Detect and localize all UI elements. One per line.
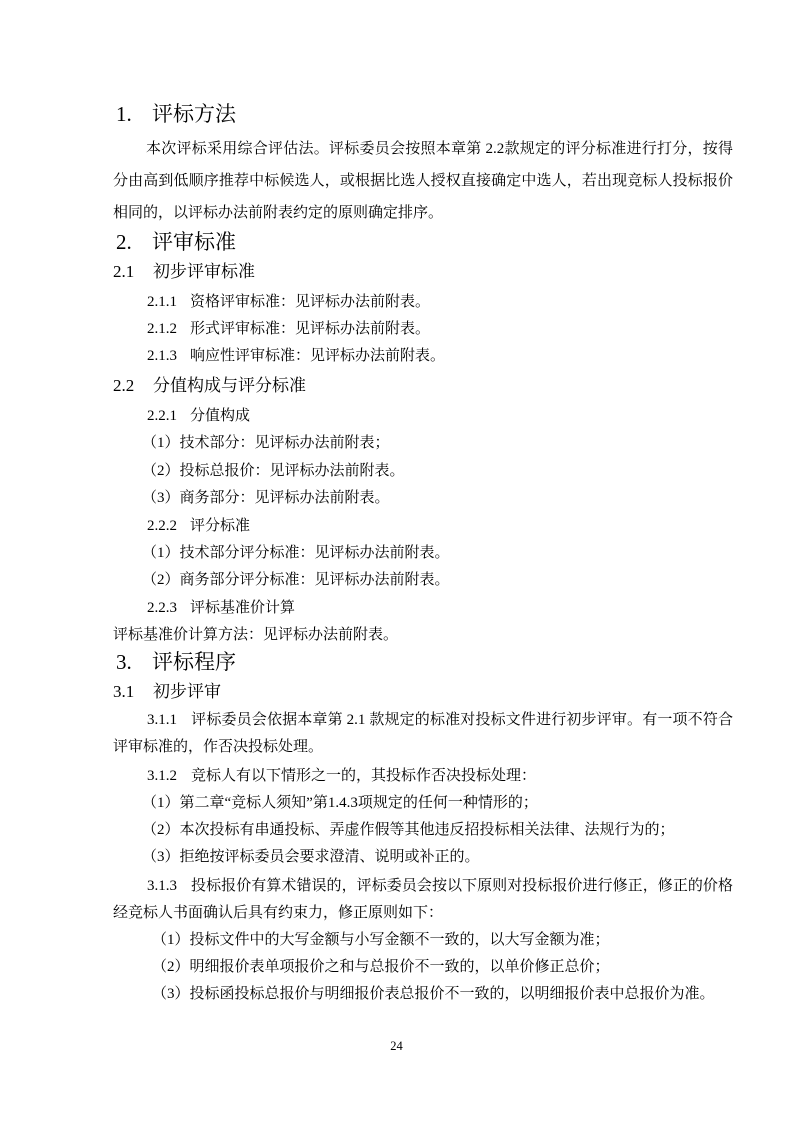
clause-2-1-1-number: 2.1.1 — [147, 289, 190, 316]
section-2-2-title: 分值构成与评分标准 — [153, 376, 306, 395]
section-3-number: 3. — [116, 649, 152, 676]
section-2-number: 2. — [116, 229, 152, 256]
list-item: （1）技术部分评分标准：见评标办法前附表。 — [142, 540, 733, 568]
clause-2-1-1: 2.1.1资格评审标准：见评标办法前附表。 — [147, 289, 733, 316]
clause-3-1-1-text: 评标委员会依据本章第 2.1 款规定的标准对投标文件进行初步评审。有一项不符合评… — [113, 712, 733, 755]
section-2-heading: 2.评审标准 — [113, 229, 733, 256]
section-1-title: 评标方法 — [152, 102, 236, 126]
clause-3-1-3-text: 投标报价有算术错误的，评标委员会按以下原则对投标报价进行修正，修正的价格经竞标人… — [113, 878, 733, 921]
clause-3-1-2-text: 竞标人有以下情形之一的，其投标作否决投标处理： — [191, 768, 536, 784]
clause-2-2-3-heading: 2.2.3评标基准价计算 — [147, 595, 733, 622]
list-item: （1）技术部分：见评标办法前附表； — [142, 430, 733, 458]
clause-3-1-3-paragraph: 3.1.3投标报价有算术错误的，评标委员会按以下原则对投标报价进行修正，修正的价… — [113, 873, 733, 927]
section-2-2-heading: 2.2分值构成与评分标准 — [113, 372, 733, 399]
list-item: （2）本次投标有串通投标、弄虚作假等其他违反招投标相关法律、法规行为的； — [142, 817, 733, 844]
list-item: （2）投标总报价：见评标办法前附表。 — [142, 458, 733, 486]
list-item: （2）明细报价表单项报价之和与总报价不一致的，以单价修正总价； — [152, 954, 733, 981]
clause-2-2-3-title: 评标基准价计算 — [190, 600, 295, 616]
clause-2-2-1-number: 2.2.1 — [147, 403, 190, 430]
section-2-2-number: 2.2 — [113, 372, 153, 399]
clause-2-2-2-title: 评分标准 — [190, 518, 250, 534]
section-2-1-number: 2.1 — [113, 258, 153, 285]
page-number: 24 — [0, 1039, 793, 1054]
list-item: （3）投标函投标总报价与明细报价表总报价不一致的，以明细报价表中总报价为准。 — [152, 981, 733, 1008]
section-3-heading: 3.评标程序 — [113, 649, 733, 676]
clause-3-1-2-paragraph: 3.1.2竞标人有以下情形之一的，其投标作否决投标处理： — [113, 763, 733, 790]
clause-2-2-3-paragraph: 评标基准价计算方法：见评标办法前附表。 — [113, 622, 733, 649]
section-3-title: 评标程序 — [152, 650, 236, 674]
section-2-title: 评审标准 — [152, 230, 236, 254]
section-1-heading: 1.评标方法 — [113, 101, 733, 128]
section-2-1-heading: 2.1初步评审标准 — [113, 258, 733, 285]
clause-2-1-2-text: 形式评审标准：见评标办法前附表。 — [190, 321, 430, 337]
clause-2-1-1-text: 资格评审标准：见评标办法前附表。 — [190, 294, 430, 310]
clause-2-2-1-heading: 2.2.1分值构成 — [147, 403, 733, 430]
clause-2-2-3-number: 2.2.3 — [147, 595, 190, 622]
clause-2-2-1-title: 分值构成 — [190, 408, 250, 424]
clause-2-1-3-number: 2.1.3 — [147, 343, 190, 370]
section-1-paragraph: 本次评标采用综合评估法。评标委员会按照本章第 2.2款规定的评分标准进行打分，按… — [113, 133, 733, 229]
clause-3-1-3-number: 3.1.3 — [147, 878, 177, 894]
section-3-1-title: 初步评审 — [153, 682, 221, 701]
document-page: 1.评标方法 本次评标采用综合评估法。评标委员会按照本章第 2.2款规定的评分标… — [0, 0, 793, 1122]
section-3-1-number: 3.1 — [113, 678, 153, 705]
clause-2-1-3: 2.1.3响应性评审标准：见评标办法前附表。 — [147, 343, 733, 370]
list-item: （1）第二章“竞标人须知”第1.4.3项规定的任何一种情形的； — [142, 790, 733, 817]
clause-3-1-1-paragraph: 3.1.1评标委员会依据本章第 2.1 款规定的标准对投标文件进行初步评审。有一… — [113, 707, 733, 761]
section-2-1-title: 初步评审标准 — [153, 262, 255, 281]
list-item: （3）商务部分：见评标办法前附表。 — [142, 485, 733, 513]
clause-2-1-3-text: 响应性评审标准：见评标办法前附表。 — [190, 348, 445, 364]
clause-2-2-2-heading: 2.2.2评分标准 — [147, 513, 733, 540]
clause-2-1-2-number: 2.1.2 — [147, 316, 190, 343]
list-item: （2）商务部分评分标准：见评标办法前附表。 — [142, 567, 733, 595]
clause-3-1-1-number: 3.1.1 — [147, 712, 177, 728]
list-item: （3）拒绝按评标委员会要求澄清、说明或补正的。 — [142, 844, 733, 871]
section-1-number: 1. — [116, 101, 152, 128]
clause-3-1-2-number: 3.1.2 — [147, 768, 177, 784]
list-item: （1）投标文件中的大写金额与小写金额不一致的，以大写金额为准； — [152, 927, 733, 954]
section-3-1-heading: 3.1初步评审 — [113, 678, 733, 705]
clause-2-2-2-number: 2.2.2 — [147, 513, 190, 540]
clause-2-1-2: 2.1.2形式评审标准：见评标办法前附表。 — [147, 316, 733, 343]
